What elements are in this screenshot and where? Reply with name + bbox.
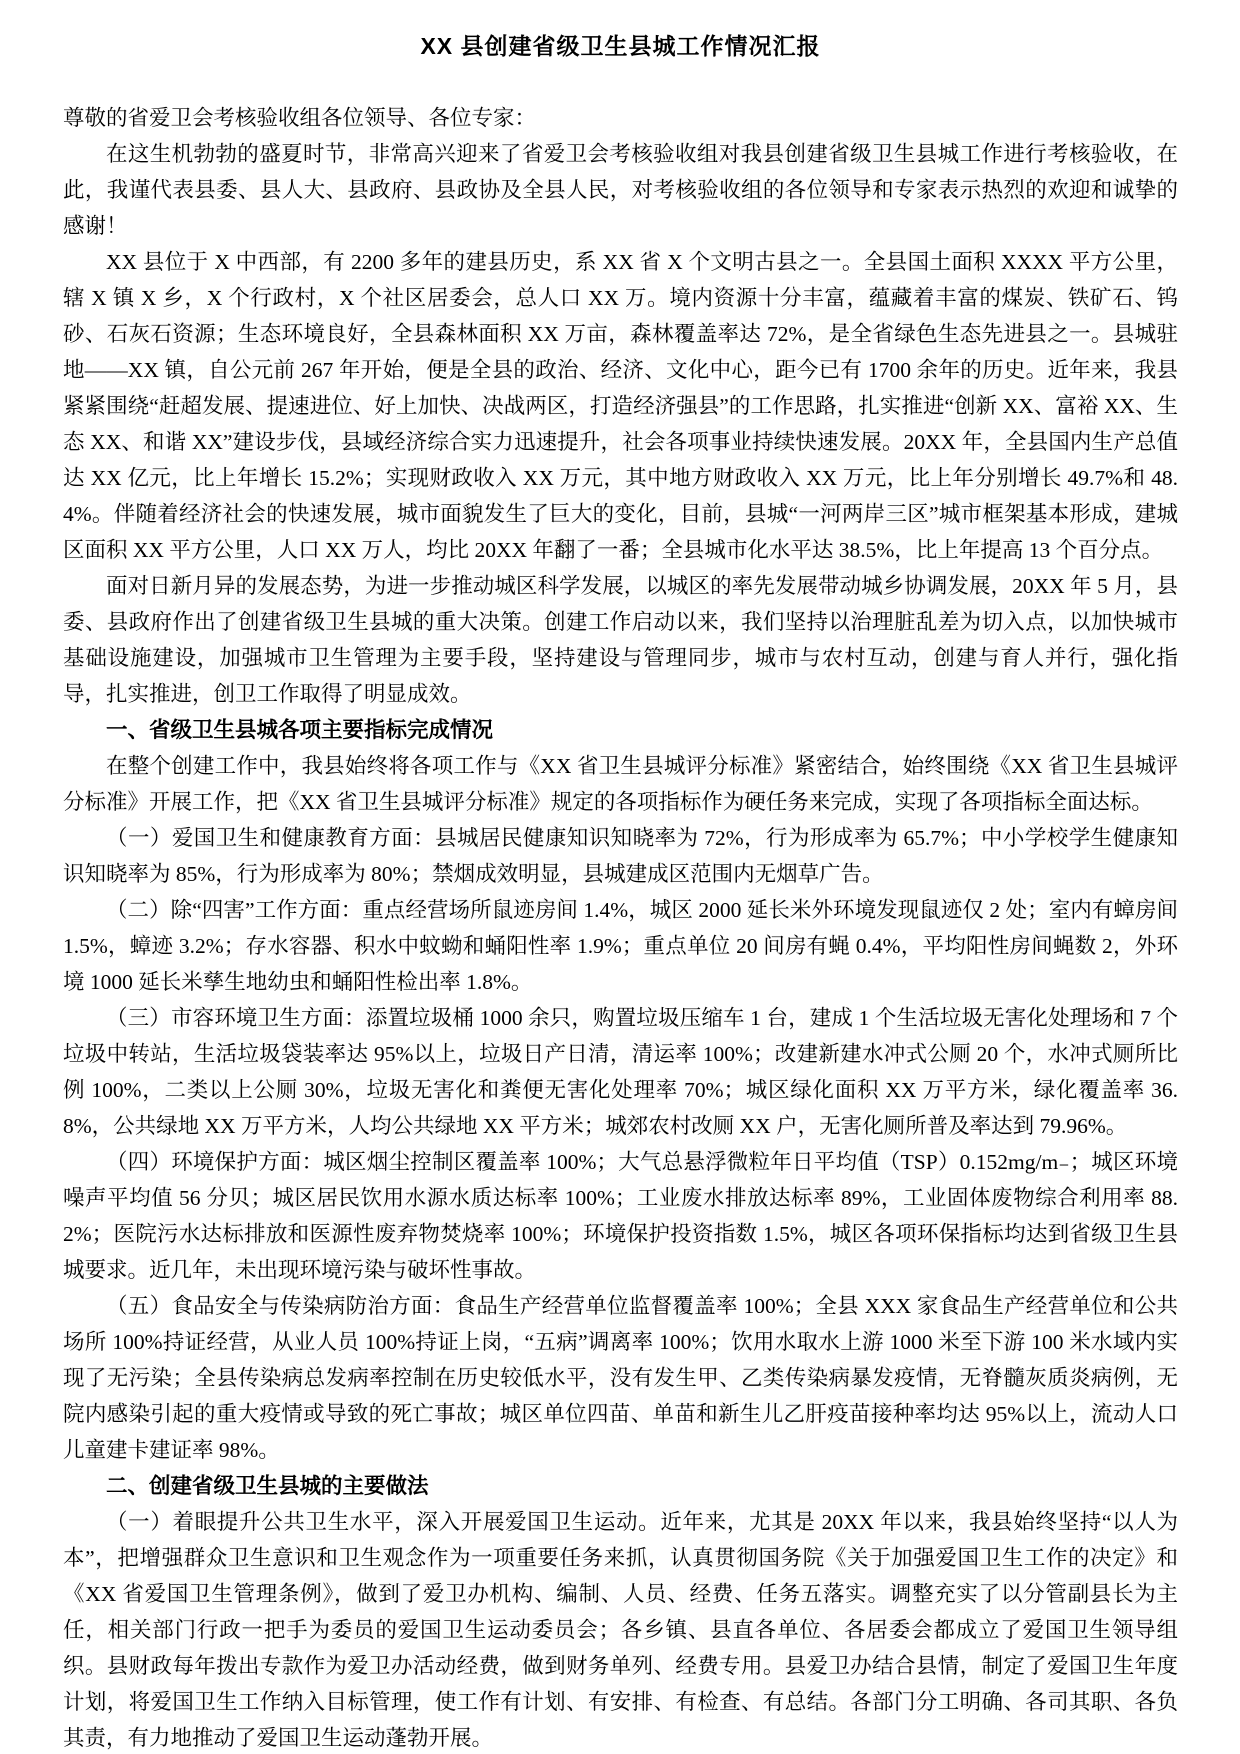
document-title: XX 县创建省级卫生县城工作情况汇报: [63, 33, 1178, 59]
indicator-item-3-city-sanitation: （三）市容环境卫生方面：添置垃圾桶 1000 余只，购置垃圾压缩车 1 台，建成…: [63, 1000, 1178, 1144]
salutation: 尊敬的省爱卫会考核验收组各位领导、各位专家：: [63, 100, 1178, 136]
indicator-item-5-food-safety: （五）食品安全与传染病防治方面：食品生产经营单位监督覆盖率 100%；全县 XX…: [63, 1288, 1178, 1468]
paragraph-scoring-standards: 在整个创建工作中，我县始终将各项工作与《XX 省卫生县城评分标准》紧密结合，始终…: [63, 748, 1178, 820]
indicator-item-2-four-pests: （二）除“四害”工作方面：重点经营场所鼠迹房间 1.4%，城区 2000 延长米…: [63, 892, 1178, 1000]
paragraph-greeting-intro: 在这生机勃勃的盛夏时节，非常高兴迎来了省爱卫会考核验收组对我县创建省级卫生县城工…: [63, 136, 1178, 244]
indicator-item-1-health-education: （一）爱国卫生和健康教育方面：县城居民健康知识知晓率为 72%，行为形成率为 6…: [63, 820, 1178, 892]
paragraph-county-overview: XX 县位于 X 中西部，有 2200 多年的建县历史，系 XX 省 X 个文明…: [63, 244, 1178, 568]
indicator-item-4-environment-protection: （四）环境保护方面：城区烟尘控制区覆盖率 100%；大气总悬浮微粒年日平均值（T…: [63, 1144, 1178, 1288]
section-heading-2: 二、创建省级卫生县城的主要做法: [63, 1468, 1178, 1504]
measure-item-1-patriotic-health-campaign: （一）着眼提升公共卫生水平，深入开展爱国卫生运动。近年来，尤其是 20XX 年以…: [63, 1504, 1178, 1754]
paragraph-creation-decision: 面对日新月异的发展态势，为进一步推动城区科学发展，以城区的率先发展带动城乡协调发…: [63, 568, 1178, 712]
document-page: XX 县创建省级卫生县城工作情况汇报 尊敬的省爱卫会考核验收组各位领导、各位专家…: [0, 0, 1240, 1754]
section-heading-1: 一、省级卫生县城各项主要指标完成情况: [63, 712, 1178, 748]
